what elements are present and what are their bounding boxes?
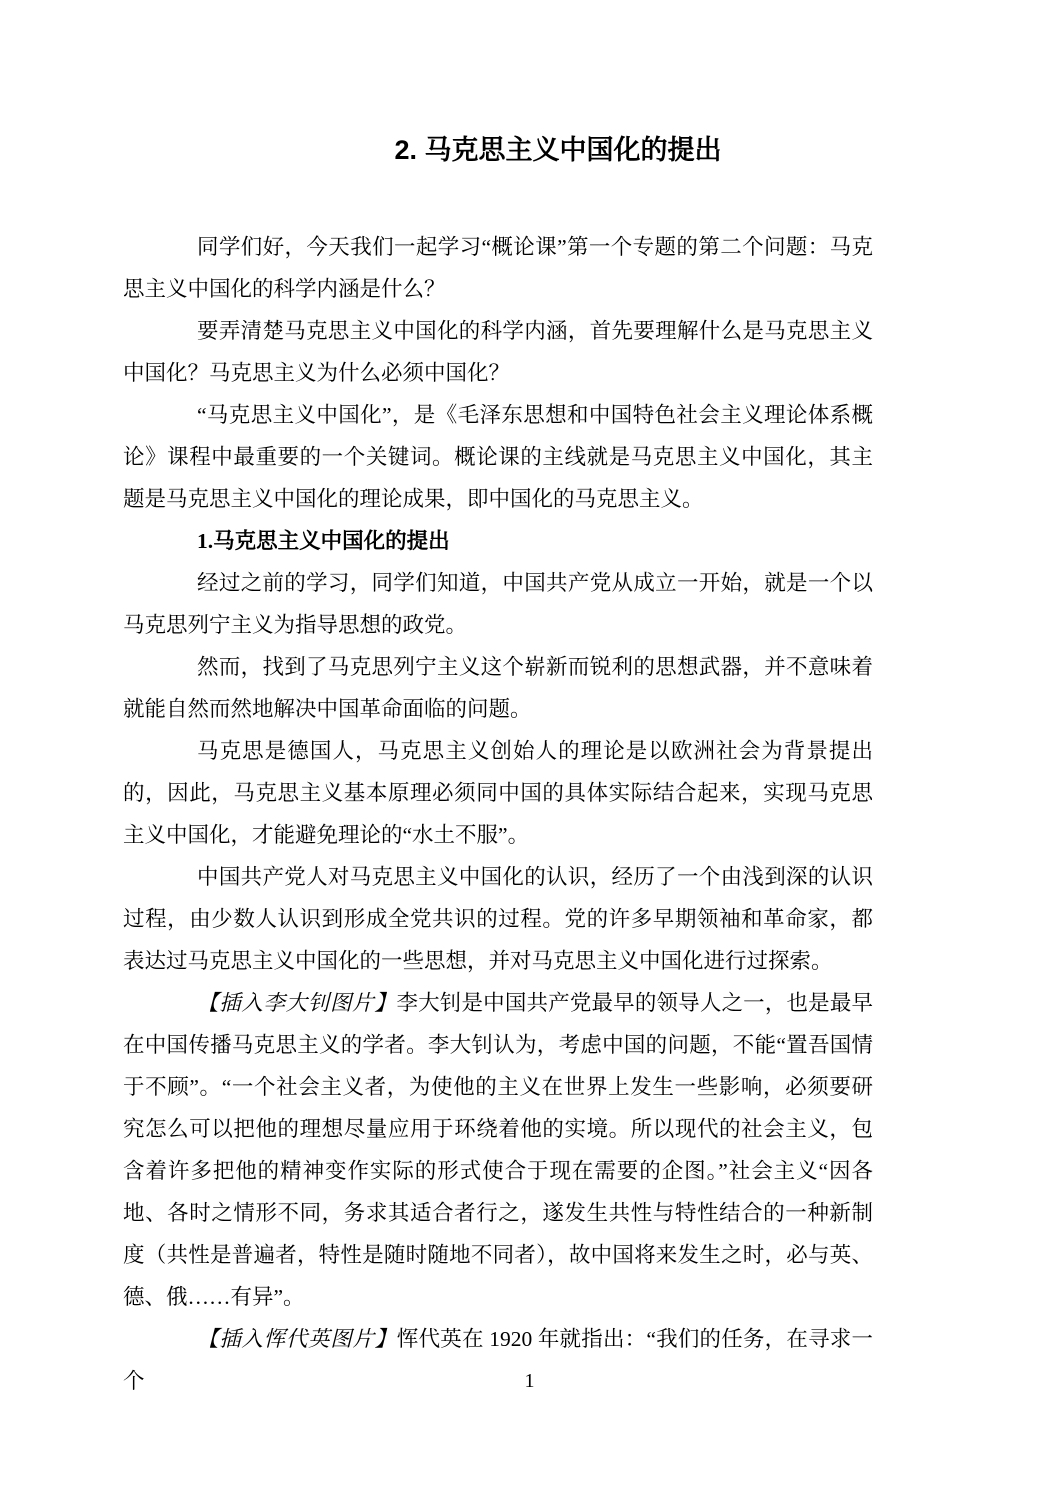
body-paragraph: 然而，找到了马克思列宁主义这个崭新而锐利的思想武器，并不意味着就能自然而然地解决… bbox=[123, 646, 873, 730]
document-title: 2. 马克思主义中国化的提出 bbox=[123, 130, 993, 170]
insert-image-placeholder: 【插入李大钊图片】 bbox=[197, 991, 397, 1015]
page-number: 1 bbox=[0, 1368, 1059, 1394]
body-paragraph: 要弄清楚马克思主义中国化的科学内涵，首先要理解什么是马克思主义中国化？马克思主义… bbox=[123, 310, 873, 394]
document-body: 同学们好，今天我们一起学习“概论课”第一个专题的第二个问题：马克思主义中国化的科… bbox=[123, 226, 873, 1402]
body-paragraph: 经过之前的学习，同学们知道，中国共产党从成立一开始，就是一个以马克思列宁主义为指… bbox=[123, 562, 873, 646]
document-page: 2. 马克思主义中国化的提出 同学们好，今天我们一起学习“概论课”第一个专题的第… bbox=[0, 0, 1059, 1497]
body-paragraph: “马克思主义中国化”，是《毛泽东思想和中国特色社会主义理论体系概论》课程中最重要… bbox=[123, 394, 873, 520]
body-paragraph: 【插入李大钊图片】李大钊是中国共产党最早的领导人之一，也是最早在中国传播马克思主… bbox=[123, 982, 873, 1318]
section-heading: 1.马克思主义中国化的提出 bbox=[123, 520, 873, 562]
insert-image-placeholder: 【插入恽代英图片】 bbox=[197, 1327, 397, 1351]
body-paragraph: 同学们好，今天我们一起学习“概论课”第一个专题的第二个问题：马克思主义中国化的科… bbox=[123, 226, 873, 310]
body-paragraph: 中国共产党人对马克思主义中国化的认识，经历了一个由浅到深的认识过程，由少数人认识… bbox=[123, 856, 873, 982]
body-paragraph: 马克思是德国人，马克思主义创始人的理论是以欧洲社会为背景提出的，因此，马克思主义… bbox=[123, 730, 873, 856]
